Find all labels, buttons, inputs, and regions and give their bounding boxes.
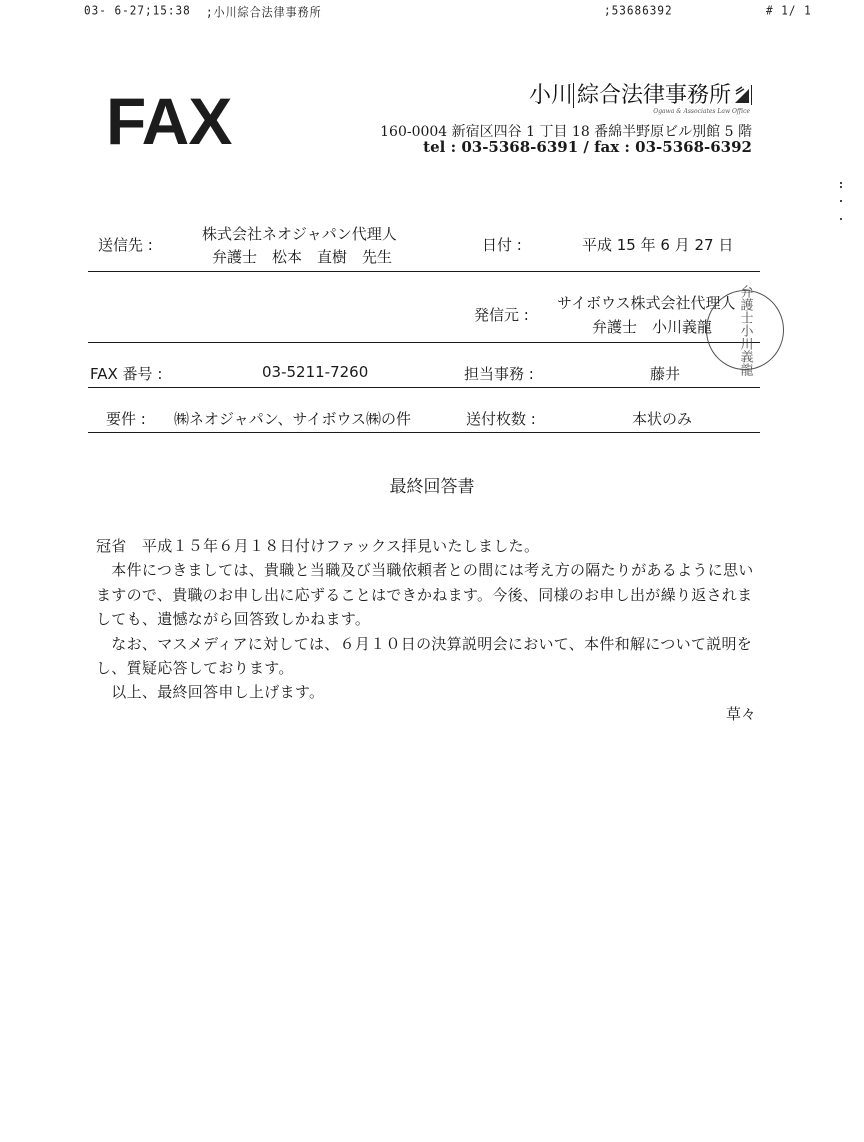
paragraph: 以上、最終回答申し上げます。 [96,680,766,704]
paragraph: 冠省 平成１５年６月１８日付けファックス拝見いたしました。 [96,534,766,558]
divider [88,432,760,433]
from-line-2: 弁護士 小川義龍 [592,316,712,337]
from-label: 発信元 : [474,304,529,325]
subject-label: 要件 : [106,408,146,429]
divider [88,271,760,272]
subject-value: ㈱ネオジャパン、サイボウス㈱の件 [174,408,411,429]
divider [88,387,760,388]
to-line-1: 株式会社ネオジャパン代理人 [202,223,397,244]
to-line-2: 弁護士 松本 直樹 先生 [212,246,392,267]
firm-name: 小川綜合法律事務所 [529,78,752,109]
letter-body: 冠省 平成１５年６月１８日付けファックス拝見いたしました。 本件につきましては、… [96,534,766,705]
date-label: 日付 : [482,234,522,255]
seal-stamp: 弁護士小川義龍 [706,290,784,370]
date-value: 平成 15 年 6 月 27 日 [582,234,733,255]
clerk-value: 藤井 [650,363,680,384]
from-line-1: サイボウス株式会社代理人 [557,292,736,313]
letter-title: 最終回答書 [0,472,864,497]
firm-contact: tel : 03-5368-6391 / fax : 03-5368-6392 [423,138,752,156]
paragraph: 本件につきましては、貴職と当職及び当職依頼者との間には考え方の隔たりがあるように… [96,558,766,631]
fax-logo: FAX [106,88,231,154]
fax-number-label: FAX 番号 : [90,363,162,384]
pages-label: 送付枚数 : [466,408,536,429]
fax-page-count: # 1/ 1 [766,3,812,18]
paragraph: なお、マスメディアに対しては、６月１０日の決算説明会において、本件和解について説… [96,632,766,681]
clerk-label: 担当事務 : [464,363,534,384]
fax-datetime: 03- 6-27;15:38 [84,3,191,18]
to-label: 送信先 : [98,234,153,255]
letter-closing: 草々 [726,703,756,724]
pages-value: 本状のみ [632,408,692,429]
firm-name-english: Ogawa & Associates Law Office [653,108,750,115]
firm-logo-icon [733,85,752,105]
fax-sender-number: ;53686392 [604,3,673,18]
scan-artifact [840,186,842,188]
divider [88,342,760,343]
firm-name-main: 綜合法律事務所 [573,83,731,108]
scan-artifact [840,182,842,184]
scan-artifact [840,218,842,220]
scan-artifact [840,200,842,202]
fax-sender-id: ;小川綜合法律事務所 [206,3,322,21]
firm-name-prefix: 小川 [529,83,573,108]
fax-number-value: 03-5211-7260 [262,363,368,381]
